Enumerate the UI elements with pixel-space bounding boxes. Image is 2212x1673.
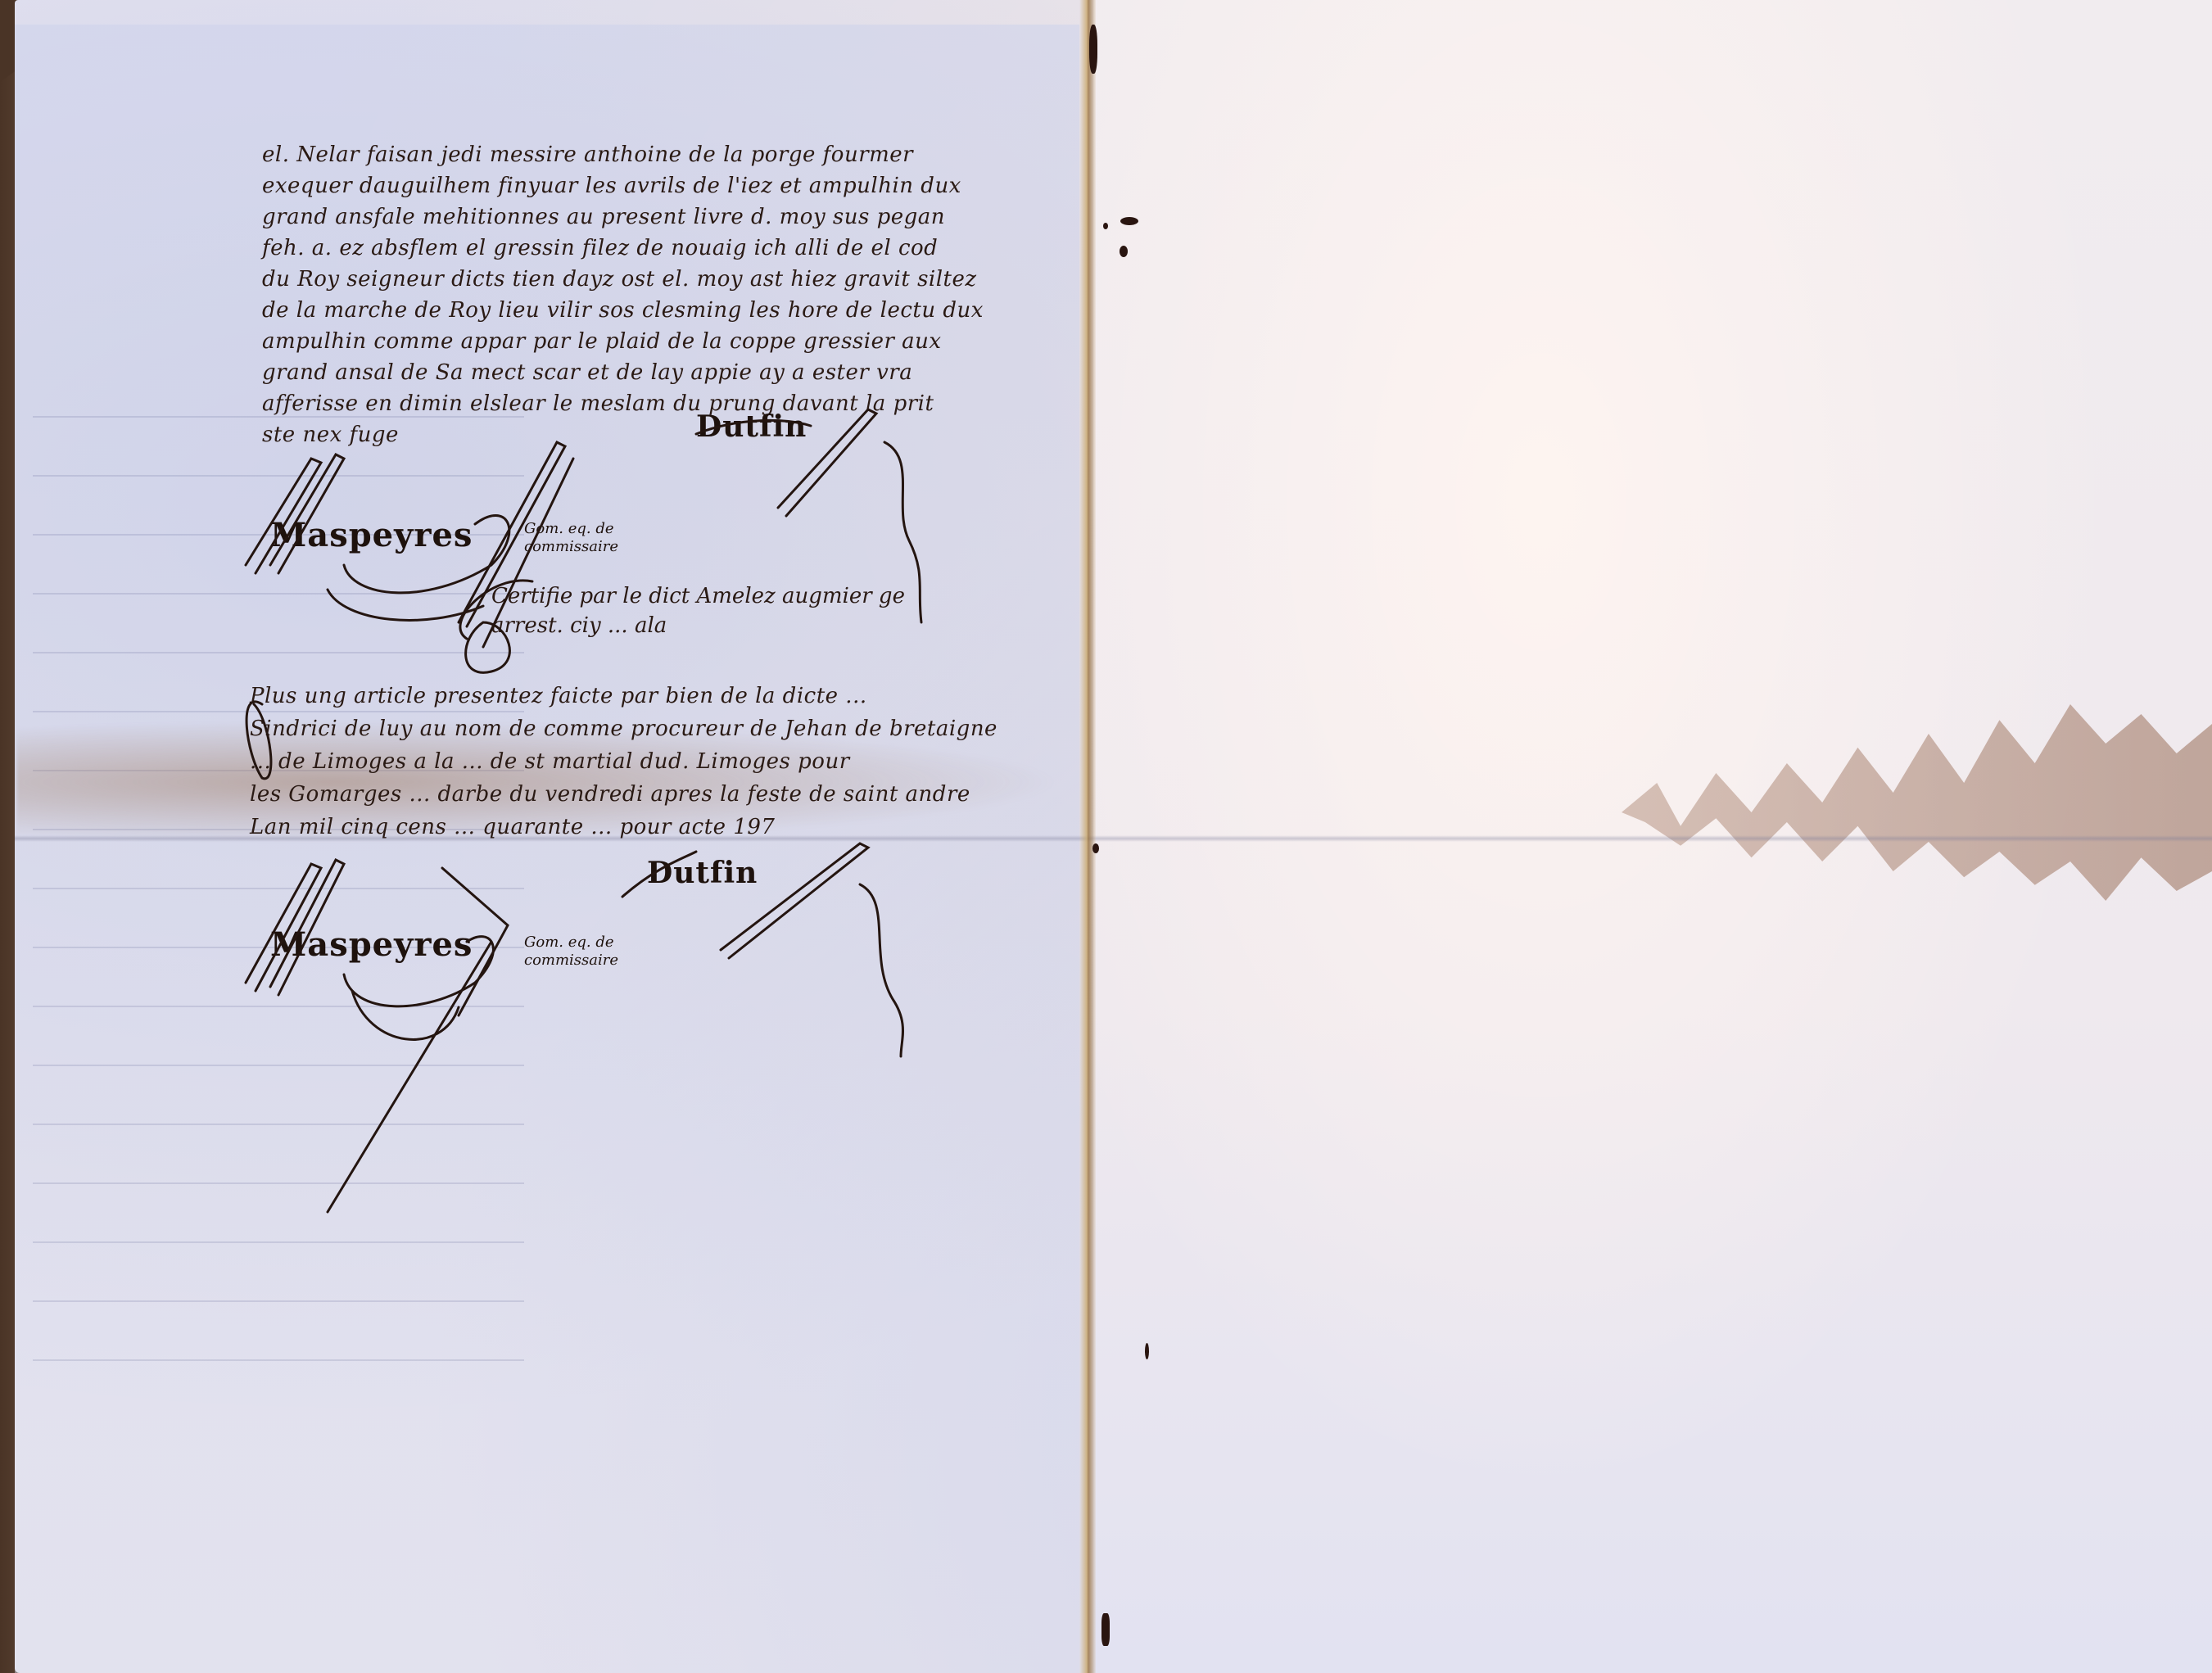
manuscript-line: Sindrici de luy au nom de comme procureu… <box>250 712 1101 745</box>
signature-dutfin: Dutfin <box>647 856 758 890</box>
ink-blot <box>1120 217 1138 225</box>
note-line: arrest. ciy ... ala <box>491 611 905 640</box>
manuscript-line: ... de Limoges a la ... de st martial du… <box>250 745 1101 778</box>
signature-annotation: Gom. eq. de commissaire <box>524 934 618 970</box>
annotation-line: commissaire <box>524 538 618 556</box>
manuscript-line: exequer dauguilhem finyuar les avrils de… <box>262 170 1097 201</box>
ink-blot <box>1120 246 1128 257</box>
manuscript-line: afferisse en dimin elslear le meslam du … <box>262 388 1097 419</box>
annotation-line: Gom. eq. de <box>524 934 618 952</box>
ink-blot <box>1145 1343 1149 1359</box>
paragraph-1: el. Nelar faisan jedi messire anthoine d… <box>262 139 1097 450</box>
certification-note: Certifie par le dict Amelez augmier ge a… <box>491 581 905 640</box>
manuscript-line: de la marche de Roy lieu vilir sos clesm… <box>262 295 1097 326</box>
signature-maspeyres: Maspeyres <box>270 516 473 554</box>
manuscript-line: ampulhin comme appar par le plaid de la … <box>262 326 1097 357</box>
manuscript-line: feh. a. ez absflem el gressin filez de n… <box>262 233 1097 264</box>
ink-blot <box>1103 223 1108 229</box>
manuscript-line: Lan mil cinq cens ... quarante ... pour … <box>250 811 1101 843</box>
annotation-line: commissaire <box>524 952 618 970</box>
signature-maspeyres: Maspeyres <box>270 925 473 964</box>
manuscript-line: ste nex fuge <box>262 419 1097 450</box>
note-line: Certifie par le dict Amelez augmier ge <box>491 581 905 611</box>
manuscript-line: Plus ung article presentez faicte par bi… <box>250 680 1101 712</box>
ink-blot <box>1101 1613 1110 1646</box>
annotation-line: Gom. eq. de <box>524 520 618 538</box>
manuscript-line: el. Nelar faisan jedi messire anthoine d… <box>262 139 1097 170</box>
ink-blot <box>1092 843 1099 853</box>
manuscript-line: du Roy seigneur dicts tien dayz ost el. … <box>262 264 1097 295</box>
manuscript-line: grand ansfale mehitionnes au present liv… <box>262 201 1097 233</box>
manuscript-line: grand ansal de Sa mect scar et de lay ap… <box>262 357 1097 388</box>
ink-blot <box>1089 25 1097 74</box>
signature-dutfin: Dutfin <box>696 409 807 444</box>
paragraph-2: Plus ung article presentez faicte par bi… <box>250 680 1101 843</box>
signature-annotation: Gom. eq. de commissaire <box>524 520 618 556</box>
manuscript-line: les Gomarges ... darbe du vendredi apres… <box>250 778 1101 811</box>
